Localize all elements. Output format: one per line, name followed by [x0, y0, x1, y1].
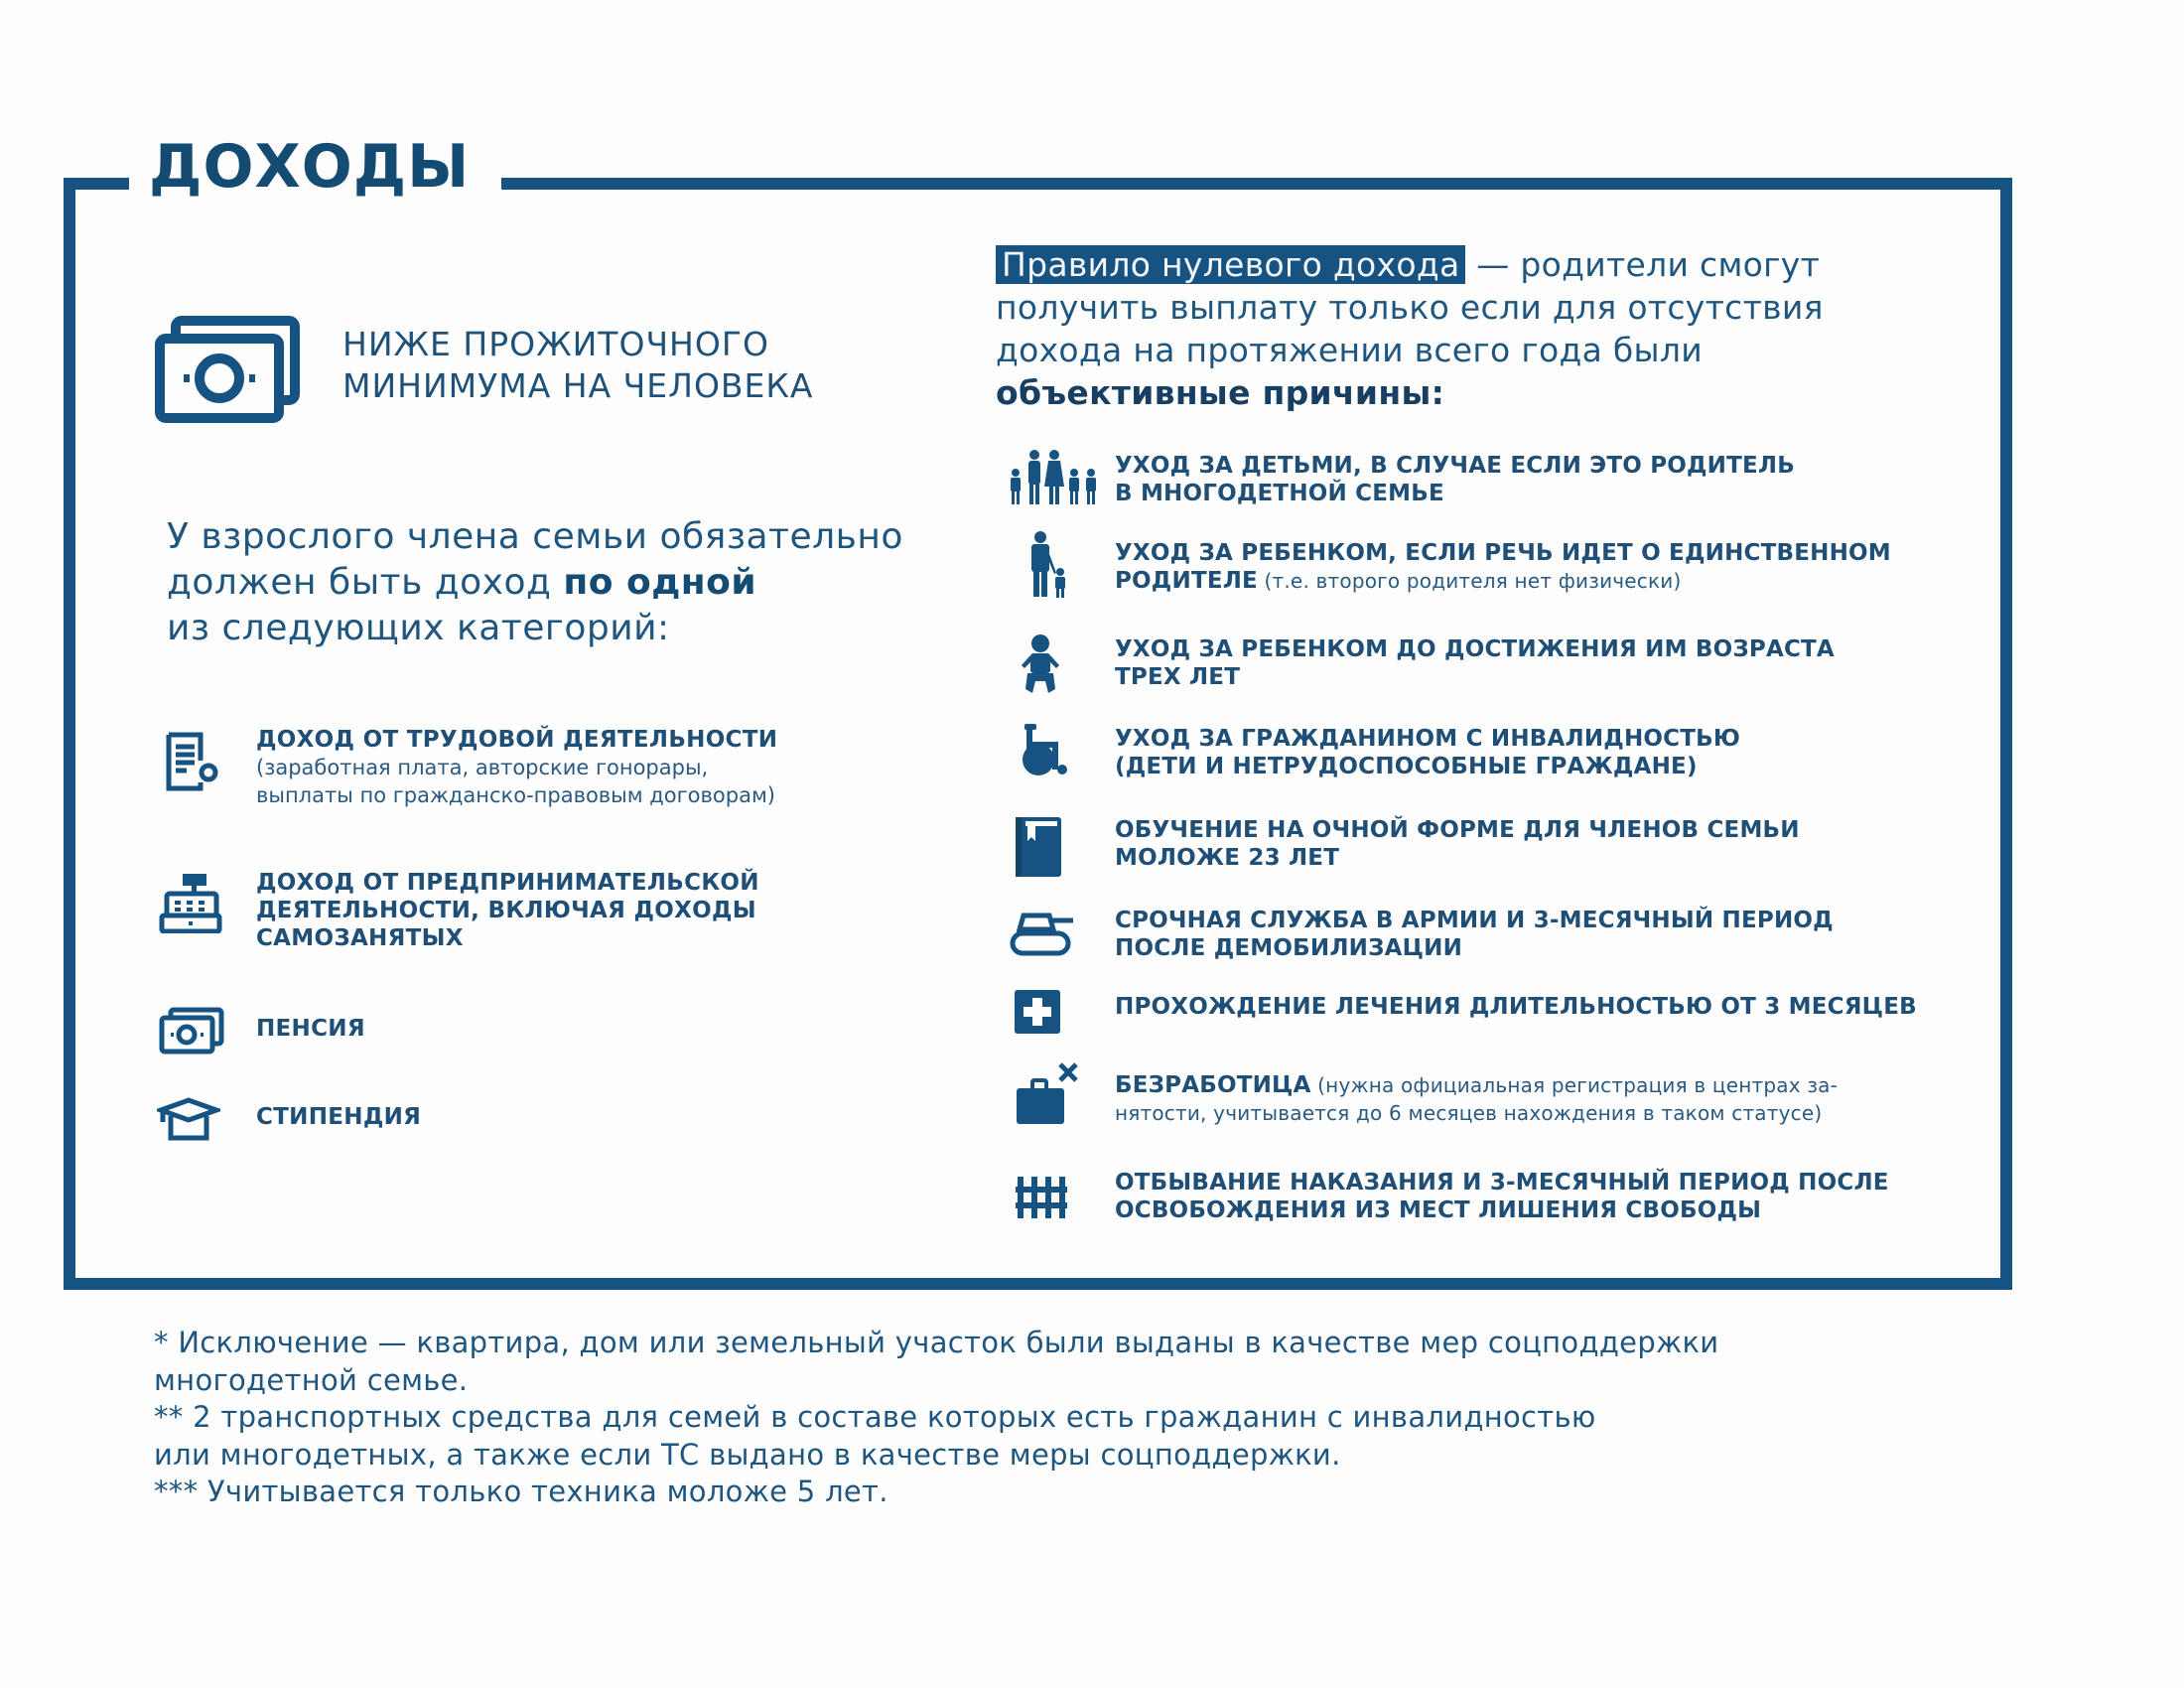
reason-single-parent: УХОД ЗА РЕБЕНКОМ, ЕСЛИ РЕЧЬ ИДЕТ О ЕДИНС… [1115, 539, 1949, 595]
baby-icon [1018, 633, 1063, 695]
reason-note: (нужна официальная регистрация в центрах… [1311, 1073, 1838, 1097]
category-business-income: ДОХОД ОТ ПРЕДПРИНИМАТЕЛЬСКОЙ ДЕЯТЕЛЬНОСТ… [256, 869, 759, 952]
page-title: ДОХОДЫ [149, 137, 470, 197]
document-icon [165, 731, 220, 792]
wheelchair-icon [1017, 722, 1070, 777]
reason-imprisonment: ОТБЫВАНИЕ НАКАЗАНИЯ И 3-МЕСЯЧНЫЙ ПЕРИОД … [1115, 1169, 1949, 1224]
reason-text: ОБУЧЕНИЕ НА ОЧНОЙ ФОРМЕ ДЛЯ ЧЛЕНОВ СЕМЬИ [1115, 816, 1949, 844]
reason-text: ПРОХОЖДЕНИЕ ЛЕЧЕНИЯ ДЛИТЕЛЬНОСТЬЮ ОТ 3 М… [1115, 993, 1949, 1021]
reason-large-family: УХОД ЗА ДЕТЬМИ, В СЛУЧАЕ ЕСЛИ ЭТО РОДИТЕ… [1115, 452, 1949, 507]
reason-text: УХОД ЗА РЕБЕНКОМ, ЕСЛИ РЕЧЬ ИДЕТ О ЕДИНС… [1115, 539, 1949, 567]
graduation-cap-icon [157, 1096, 220, 1144]
reason-unemployment: БЕЗРАБОТИЦА (нужна официальная регистрац… [1115, 1071, 1949, 1127]
tank-icon [1010, 912, 1075, 957]
intro-line-3: из следующих категорий: [167, 606, 903, 651]
category-title: ДЕЯТЕЛЬНОСТИ, ВКЛЮЧАЯ ДОХОДЫ [256, 897, 759, 924]
category-labor-income: ДОХОД ОТ ТРУДОВОЙ ДЕЯТЕЛЬНОСТИ (заработн… [256, 726, 777, 809]
footnote-line: многодетной семье. [154, 1362, 1718, 1400]
reason-text: ПОСЛЕ ДЕМОБИЛИЗАЦИИ [1115, 934, 1949, 962]
reason-text: УХОД ЗА ДЕТЬМИ, В СЛУЧАЕ ЕСЛИ ЭТО РОДИТЕ… [1115, 452, 1949, 480]
category-title: САМОЗАНЯТЫХ [256, 924, 759, 952]
book-icon [1016, 817, 1063, 877]
reason-note: нятости, учитывается до 6 месяцев нахожд… [1115, 1101, 1822, 1125]
zero-income-rule: Правило нулевого дохода — родители смогу… [996, 243, 1824, 414]
reason-text: БЕЗРАБОТИЦА (нужна официальная регистрац… [1115, 1071, 1949, 1099]
reason-text: УХОД ЗА РЕБЕНКОМ ДО ДОСТИЖЕНИЯ ИМ ВОЗРАС… [1115, 635, 1949, 663]
rule-line-2: получить выплату только если для отсутст… [996, 286, 1824, 329]
rule-line-1: Правило нулевого дохода — родители смогу… [996, 243, 1824, 286]
category-detail: (заработная плата, авторские гонорары, [256, 754, 777, 781]
frame-left-edge [64, 178, 75, 1290]
footnote-line: ** 2 транспортных средства для семей в с… [154, 1399, 1718, 1437]
frame-bottom-edge [64, 1278, 2012, 1290]
category-pension: ПЕНСИЯ [256, 1015, 365, 1043]
reason-disabled-care: УХОД ЗА ГРАЖДАНИНОМ С ИНВАЛИДНОСТЬЮ (ДЕТ… [1115, 725, 1949, 780]
reason-text: МОЛОЖЕ 23 ЛЕТ [1115, 844, 1949, 872]
category-title: СТИПЕНДИЯ [256, 1103, 421, 1131]
reason-text: УХОД ЗА ГРАЖДАНИНОМ С ИНВАЛИДНОСТЬЮ [1115, 725, 1949, 753]
footnote-line: или многодетных, а также если ТС выдано … [154, 1437, 1718, 1475]
intro-line-2: должен быть доход по одной [167, 560, 903, 606]
intro-paragraph: У взрослого члена семьи обязательно долж… [167, 514, 903, 651]
reason-text: (ДЕТИ И НЕТРУДОСПОСОБНЫЕ ГРАЖДАНЕ) [1115, 753, 1949, 780]
reason-text: В МНОГОДЕТНОЙ СЕМЬЕ [1115, 480, 1949, 507]
threshold-heading: НИЖЕ ПРОЖИТОЧНОГО МИНИМУМА НА ЧЕЛОВЕКА [342, 324, 813, 407]
reason-text-part: РОДИТЕЛЕ [1115, 568, 1258, 594]
reason-medical-treatment: ПРОХОЖДЕНИЕ ЛЕЧЕНИЯ ДЛИТЕЛЬНОСТЬЮ ОТ 3 М… [1115, 993, 1949, 1021]
money-icon [154, 315, 303, 424]
reason-text: ТРЕХ ЛЕТ [1115, 663, 1949, 691]
category-title: ПЕНСИЯ [256, 1015, 365, 1043]
reason-child-under-three: УХОД ЗА РЕБЕНКОМ ДО ДОСТИЖЕНИЯ ИМ ВОЗРАС… [1115, 635, 1949, 691]
threshold-line-2: МИНИМУМА НА ЧЕЛОВЕКА [342, 365, 813, 407]
prison-bars-icon [1016, 1177, 1067, 1218]
family-icon [1005, 449, 1100, 506]
rule-emphasis: объективные причины: [996, 373, 1444, 412]
category-scholarship: СТИПЕНДИЯ [256, 1103, 421, 1131]
reason-note: (т.е. второго родителя нет физически) [1258, 569, 1682, 593]
reason-text: ОСВОБОЖДЕНИЯ ИЗ МЕСТ ЛИШЕНИЯ СВОБОДЫ [1115, 1196, 1949, 1224]
reason-army-service: СРОЧНАЯ СЛУЖБА В АРМИИ И 3-МЕСЯЧНЫЙ ПЕРИ… [1115, 907, 1949, 962]
category-title: ДОХОД ОТ ПРЕДПРИНИМАТЕЛЬСКОЙ [256, 869, 759, 897]
rule-line-4: объективные причины: [996, 371, 1824, 414]
unemployed-briefcase-icon [1015, 1060, 1082, 1126]
intro-emphasis: по одной [563, 562, 756, 603]
category-title: ДОХОД ОТ ТРУДОВОЙ ДЕЯТЕЛЬНОСТИ [256, 726, 777, 754]
reason-text-part: БЕЗРАБОТИЦА [1115, 1072, 1311, 1098]
money-icon [159, 1007, 224, 1055]
frame-top-right-segment [501, 178, 2012, 190]
rule-line-1-text: — родители смогут [1465, 245, 1820, 284]
intro-line-1: У взрослого члена семьи обязательно [167, 514, 903, 560]
footnote-line: * Исключение — квартира, дом или земельн… [154, 1325, 1718, 1362]
reason-text: РОДИТЕЛЕ (т.е. второго родителя нет физи… [1115, 567, 1949, 595]
reason-full-time-study: ОБУЧЕНИЕ НА ОЧНОЙ ФОРМЕ ДЛЯ ЧЛЕНОВ СЕМЬИ… [1115, 816, 1949, 872]
threshold-line-1: НИЖЕ ПРОЖИТОЧНОГО [342, 324, 813, 365]
reason-text: ОТБЫВАНИЕ НАКАЗАНИЯ И 3-МЕСЯЧНЫЙ ПЕРИОД … [1115, 1169, 1949, 1196]
footnotes: * Исключение — квартира, дом или земельн… [154, 1325, 1718, 1511]
single-parent-icon [1024, 531, 1072, 599]
reason-text: СРОЧНАЯ СЛУЖБА В АРМИИ И 3-МЕСЯЧНЫЙ ПЕРИ… [1115, 907, 1949, 934]
footnote-line: *** Учитывается только техника моложе 5 … [154, 1474, 1718, 1511]
cash-register-icon [159, 872, 222, 933]
rule-highlight-badge: Правило нулевого дохода [996, 245, 1465, 284]
frame-right-edge [2000, 178, 2012, 1290]
rule-line-3: дохода на протяжении всего года были [996, 329, 1824, 371]
medical-cross-icon [1015, 990, 1060, 1034]
intro-line-2-text: должен быть доход [167, 562, 563, 603]
category-detail: выплаты по гражданско-правовым договорам… [256, 781, 777, 809]
